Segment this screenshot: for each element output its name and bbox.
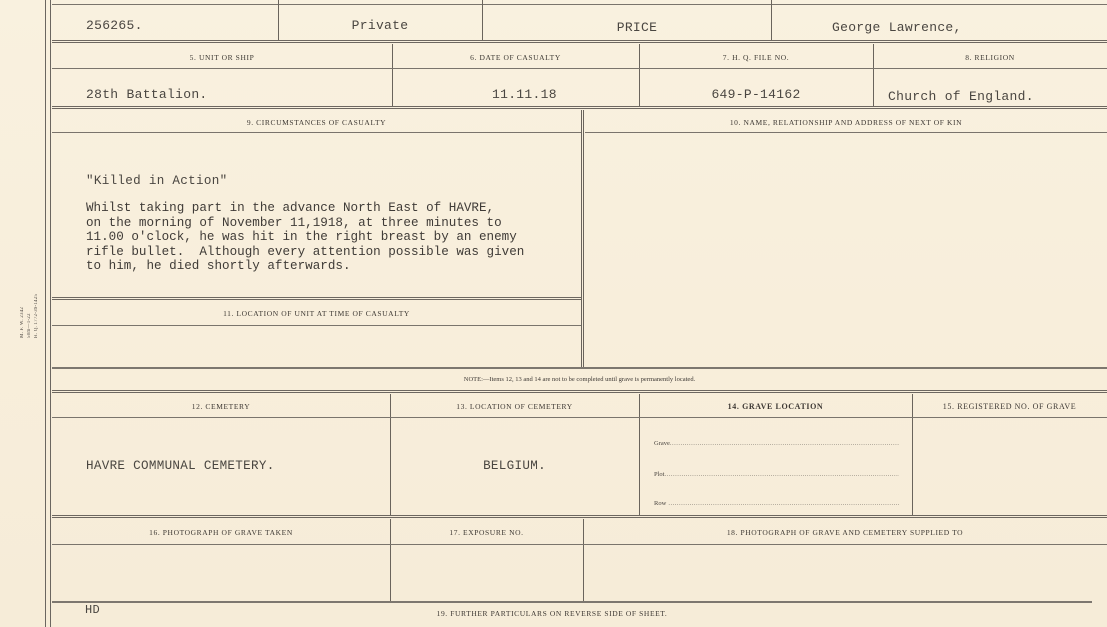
religion-label: 8. Religion: [873, 53, 1107, 62]
rank: Private: [278, 18, 482, 33]
col-divider: [912, 394, 913, 516]
stamp-line: M. F. W. 2342: [20, 268, 25, 338]
rule: [52, 515, 1107, 518]
christian-names: George Lawrence,: [832, 20, 962, 35]
unit-value: 28th Battalion.: [86, 87, 208, 102]
date-label: 6. Date of Casualty: [392, 53, 639, 62]
religion-value: Church of England.: [888, 89, 1034, 104]
row-field: Row ....................................…: [654, 500, 899, 507]
cemetery-location-value: BELGIUM.: [390, 459, 639, 473]
cemetery-label: 12. Cemetery: [52, 402, 390, 411]
form-print-stamp: M. F. W. 2342 50m—1-22 H. Q. 1772-39-142…: [14, 268, 44, 338]
rule: [52, 325, 581, 326]
rule: [52, 390, 1107, 393]
casualty-card: M. F. W. 2342 50m—1-22 H. Q. 1772-39-142…: [0, 0, 1107, 627]
photo-supplied-label: 18. Photograph of Grave and Cemetery Sup…: [583, 528, 1107, 537]
casualty-narrative: Whilst taking part in the advance North …: [86, 201, 524, 274]
rule: [52, 417, 1107, 418]
date-value: 11.11.18: [492, 87, 557, 102]
surname: PRICE: [482, 20, 792, 35]
plot-field: Plot....................................…: [654, 471, 899, 478]
stamp-line: 50m—1-22: [27, 268, 32, 338]
rule: [52, 4, 1107, 5]
cemetery-location-label: 13. Location of Cemetery: [390, 402, 639, 411]
file-value: 649-P-14162: [639, 87, 873, 102]
rule: [52, 132, 581, 133]
rule: [52, 601, 1092, 603]
grave-field: Grave...................................…: [654, 440, 899, 447]
rule: [52, 40, 1107, 43]
rule: [52, 106, 1107, 109]
row-field-label: Row: [654, 500, 666, 507]
file-label: 7. H. Q. File No.: [639, 53, 873, 62]
rule: [52, 68, 1107, 69]
photo-taken-label: 16. Photograph of Grave Taken: [52, 528, 390, 537]
regimental-number: 256265.: [86, 18, 143, 33]
left-margin-rule: [45, 0, 51, 627]
rule: [52, 544, 1107, 545]
col-divider: [390, 394, 391, 516]
exposure-no-label: 17. Exposure No.: [390, 528, 583, 537]
circumstances-label: 9. Circumstances of Casualty: [52, 118, 581, 127]
col-divider: [581, 110, 584, 368]
grave-field-label: Grave: [654, 440, 670, 447]
rule: [52, 367, 1107, 369]
completion-note: NOTE:—Items 12, 13 and 14 are not to be …: [52, 376, 1107, 383]
casualty-heading: "Killed in Action": [86, 174, 227, 188]
rule: [585, 132, 1107, 133]
stamp-line: H. Q. 1772-39-1425: [34, 268, 39, 338]
next-of-kin-label: 10. Name, Relationship and Address of Ne…: [585, 118, 1107, 127]
registered-no-label: 15. Registered No. of Grave: [912, 402, 1107, 411]
grave-location-label: 14. Grave Location: [639, 402, 912, 411]
col-divider: [639, 394, 640, 516]
unit-label: 5. Unit or Ship: [52, 53, 392, 62]
cemetery-value: HAVRE COMMUNAL CEMETERY.: [86, 459, 275, 473]
location-of-unit-label: 11. Location of Unit at Time of Casualty: [52, 309, 581, 318]
further-particulars-label: 19. Further Particulars on Reverse Side …: [52, 609, 1052, 618]
rule: [52, 297, 581, 300]
plot-field-label: Plot: [654, 471, 664, 478]
